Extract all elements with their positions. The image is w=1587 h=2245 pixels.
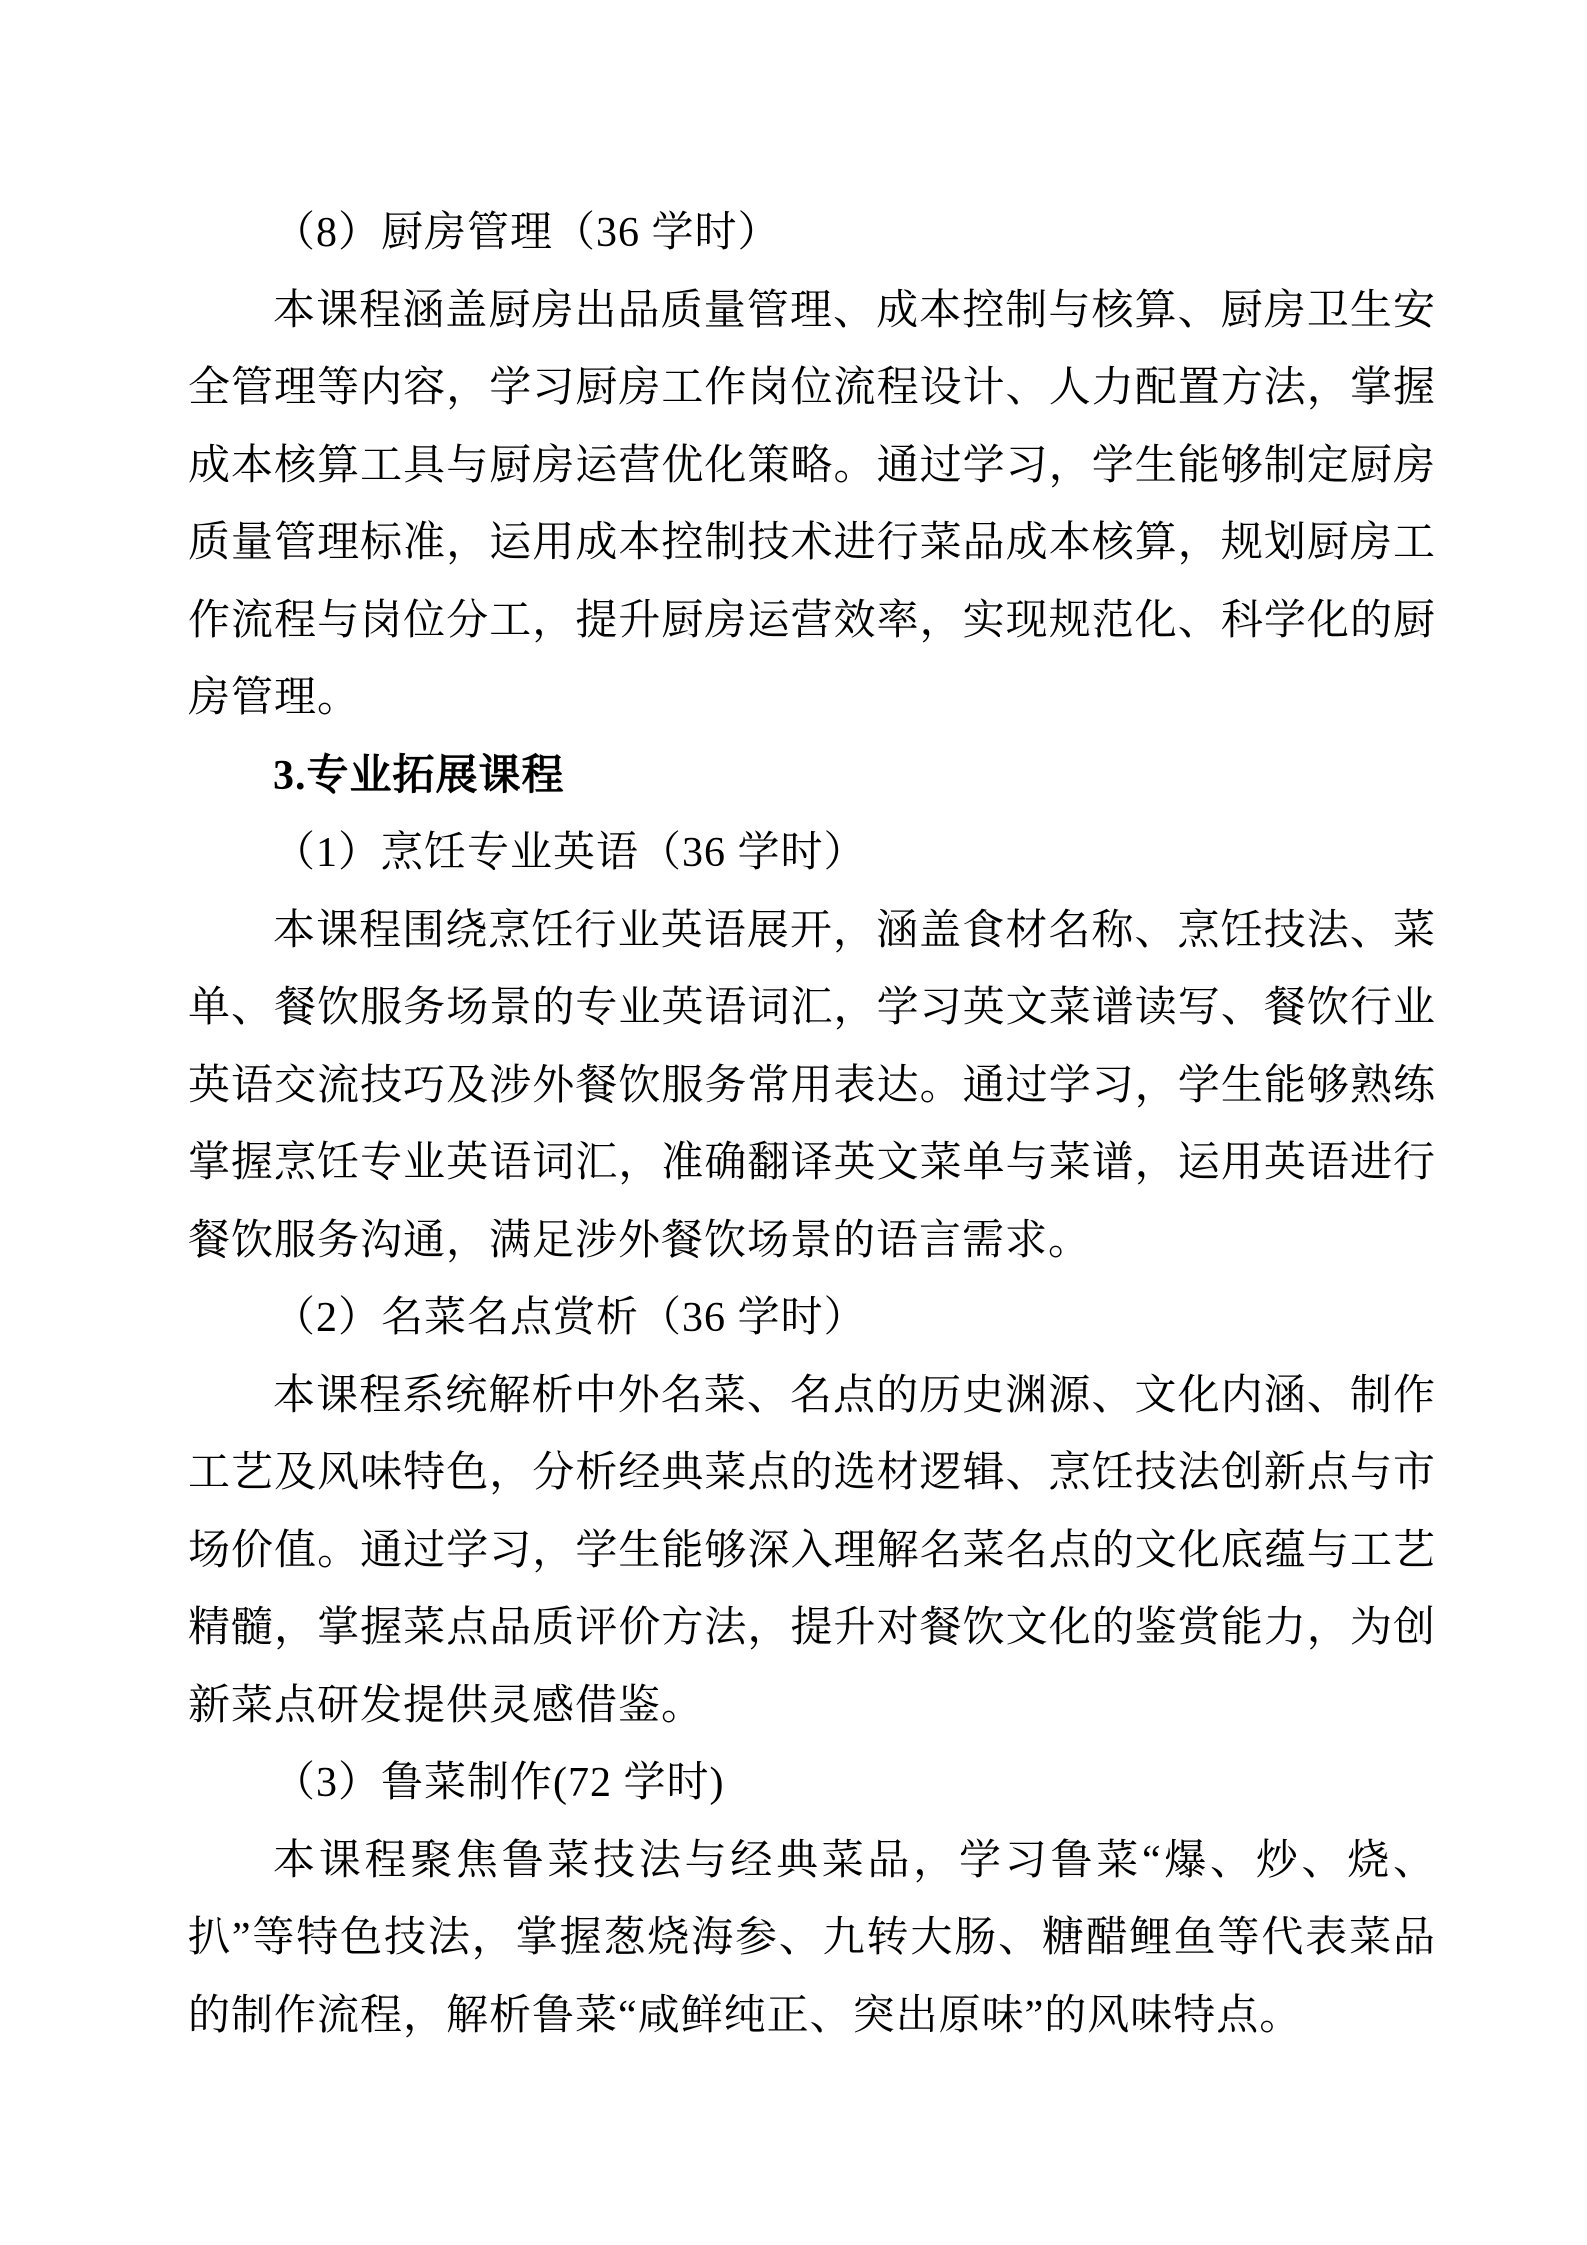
course-heading-famous-dishes-appreciation: （2）名菜名点赏析（36 学时） [188,1280,1436,1358]
course-description-famous-dishes-appreciation: 本课程系统解析中外名菜、名点的历史渊源、文化内涵、制作工艺及风味特色，分析经典菜… [188,1358,1436,1746]
course-heading-culinary-english: （1）烹饪专业英语（36 学时） [188,815,1436,893]
course-heading-kitchen-management: （8）厨房管理（36 学时） [188,195,1436,273]
course-description-shandong-cuisine: 本课程聚焦鲁菜技法与经典菜品，学习鲁菜“爆、炒、烧、扒”等特色技法，掌握葱烧海参… [188,1823,1436,2056]
document-content: （8）厨房管理（36 学时） 本课程涵盖厨房出品质量管理、成本控制与核算、厨房卫… [188,195,1436,2055]
section-heading-professional-extension-courses: 3.专业拓展课程 [188,738,1436,816]
course-heading-shandong-cuisine: （3）鲁菜制作(72 学时) [188,1745,1436,1823]
course-description-culinary-english: 本课程围绕烹饪行业英语展开，涵盖食材名称、烹饪技法、菜单、餐饮服务场景的专业英语… [188,893,1436,1281]
document-page: （8）厨房管理（36 学时） 本课程涵盖厨房出品质量管理、成本控制与核算、厨房卫… [0,0,1587,2245]
course-description-kitchen-management: 本课程涵盖厨房出品质量管理、成本控制与核算、厨房卫生安全管理等内容，学习厨房工作… [188,273,1436,738]
